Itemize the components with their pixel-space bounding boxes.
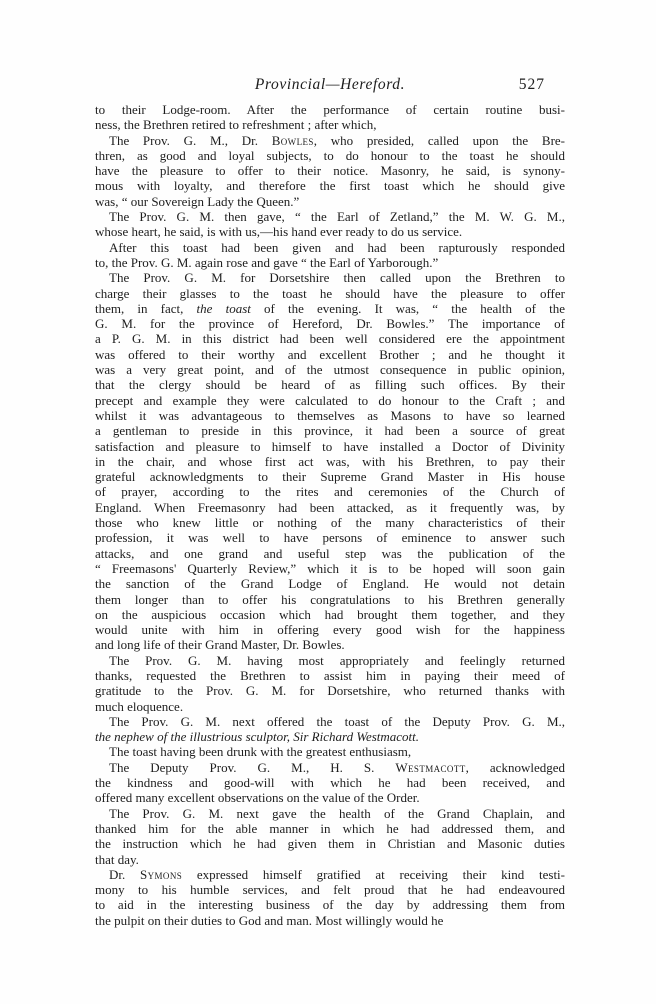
body-text: to their Lodge-room. After the performan… xyxy=(95,102,565,928)
text-line: After this toast had been given and had … xyxy=(95,240,565,255)
text-line: was a very great point, and of the utmos… xyxy=(95,362,565,377)
text-line: that day. xyxy=(95,852,565,867)
text-line: mous with loyalty, and therefore the fir… xyxy=(95,178,565,193)
text-line: to, the Prov. G. M. again rose and gave … xyxy=(95,255,565,270)
text-line: to their Lodge-room. After the performan… xyxy=(95,102,565,117)
text-line: that the clergy should be heard of as fi… xyxy=(95,377,565,392)
text-line: the kindness and good-will with which he… xyxy=(95,775,565,790)
paragraph: Dr. Symons expressed himself gratified a… xyxy=(95,867,565,928)
paragraph: The Prov. G. M. next offered the toast o… xyxy=(95,714,565,745)
text-line: the nephew of the illustrious sculptor, … xyxy=(95,729,565,744)
text-line: ness, the Brethren retired to refreshmen… xyxy=(95,117,565,132)
text-line: a P. G. M. in this district had been wel… xyxy=(95,331,565,346)
text-line: The Prov. G. M. next gave the health of … xyxy=(95,806,565,821)
paragraph: The Prov. G. M. then gave, “ the Earl of… xyxy=(95,209,565,240)
text-line: charge their glasses to the toast he sho… xyxy=(95,286,565,301)
text-line: The Deputy Prov. G. M., H. S. Westmacott… xyxy=(95,760,565,775)
text-line: the sanction of the Grand Lodge of Engla… xyxy=(95,576,565,591)
paragraph: The Prov. G. M. next gave the health of … xyxy=(95,806,565,867)
text-line: would unite with him in offering every g… xyxy=(95,622,565,637)
text-line: the pulpit on their duties to God and ma… xyxy=(95,913,565,928)
text-line: profession, it was well to have persons … xyxy=(95,530,565,545)
text-line: offered many excellent observations on t… xyxy=(95,790,565,805)
text-line: was offered to their worthy and excellen… xyxy=(95,347,565,362)
text-line: The Prov. G. M., Dr. Bowles, who preside… xyxy=(95,133,565,148)
text-line: The Prov. G. M. for Dorsetshire then cal… xyxy=(95,270,565,285)
text-line: and long life of their Grand Master, Dr.… xyxy=(95,637,565,652)
document-page: Provincial—Hereford. 527 to their Lodge-… xyxy=(0,0,656,1004)
text-line: grateful acknowledgments to their Suprem… xyxy=(95,469,565,484)
text-line: was, “ our Sovereign Lady the Queen.” xyxy=(95,194,565,209)
text-line: to aid in the interesting business of th… xyxy=(95,897,565,912)
text-line: the instruction which he had given them … xyxy=(95,836,565,851)
page-header: Provincial—Hereford. 527 xyxy=(95,76,565,94)
text-line: precept and example they were calculated… xyxy=(95,393,565,408)
page-number: 527 xyxy=(519,76,545,94)
text-line: those who knew little or nothing of the … xyxy=(95,515,565,530)
text-line: The toast having been drunk with the gre… xyxy=(95,744,565,759)
text-line: thanks, requested the Brethren to assist… xyxy=(95,668,565,683)
text-line: whose heart, he said, is with us,—his ha… xyxy=(95,224,565,239)
text-line: attacks, and one grand and useful step w… xyxy=(95,546,565,561)
paragraph: The Deputy Prov. G. M., H. S. Westmacott… xyxy=(95,760,565,806)
paragraph: The Prov. G. M., Dr. Bowles, who preside… xyxy=(95,133,565,209)
text-line: The Prov. G. M. then gave, “ the Earl of… xyxy=(95,209,565,224)
text-line: much eloquence. xyxy=(95,699,565,714)
text-line: them, in fact, the toast of the evening.… xyxy=(95,301,565,316)
text-line: gratitude to the Prov. G. M. for Dorsets… xyxy=(95,683,565,698)
text-line: have the pleasure to offer to their noti… xyxy=(95,163,565,178)
text-line: thanked him for the able manner in which… xyxy=(95,821,565,836)
text-line: The Prov. G. M. next offered the toast o… xyxy=(95,714,565,729)
paragraph: The Prov. G. M. for Dorsetshire then cal… xyxy=(95,270,565,652)
text-line: The Prov. G. M. having most appropriatel… xyxy=(95,653,565,668)
text-line: mony to his humble services, and felt pr… xyxy=(95,882,565,897)
text-line: a gentleman to preside in this province,… xyxy=(95,423,565,438)
text-line: in the chair, and whose first act was, w… xyxy=(95,454,565,469)
text-line: on the auspicious occasion which had bro… xyxy=(95,607,565,622)
text-line: G. M. for the province of Hereford, Dr. … xyxy=(95,316,565,331)
text-line: England. When Freemasonry had been attac… xyxy=(95,500,565,515)
paragraph: to their Lodge-room. After the performan… xyxy=(95,102,565,133)
running-title: Provincial—Hereford. xyxy=(95,76,565,94)
paragraph: The toast having been drunk with the gre… xyxy=(95,744,565,759)
text-line: “ Freemasons' Quarterly Review,” which i… xyxy=(95,561,565,576)
text-line: Dr. Symons expressed himself gratified a… xyxy=(95,867,565,882)
text-line: of prayer, according to the rites and ce… xyxy=(95,484,565,499)
text-line: satisfaction and pleasure to himself to … xyxy=(95,439,565,454)
text-line: them longer than to offer his congratula… xyxy=(95,592,565,607)
text-line: thren, as good and loyal subjects, to do… xyxy=(95,148,565,163)
paragraph: The Prov. G. M. having most appropriatel… xyxy=(95,653,565,714)
text-line: whilst it was advantageous to themselves… xyxy=(95,408,565,423)
paragraph: After this toast had been given and had … xyxy=(95,240,565,271)
